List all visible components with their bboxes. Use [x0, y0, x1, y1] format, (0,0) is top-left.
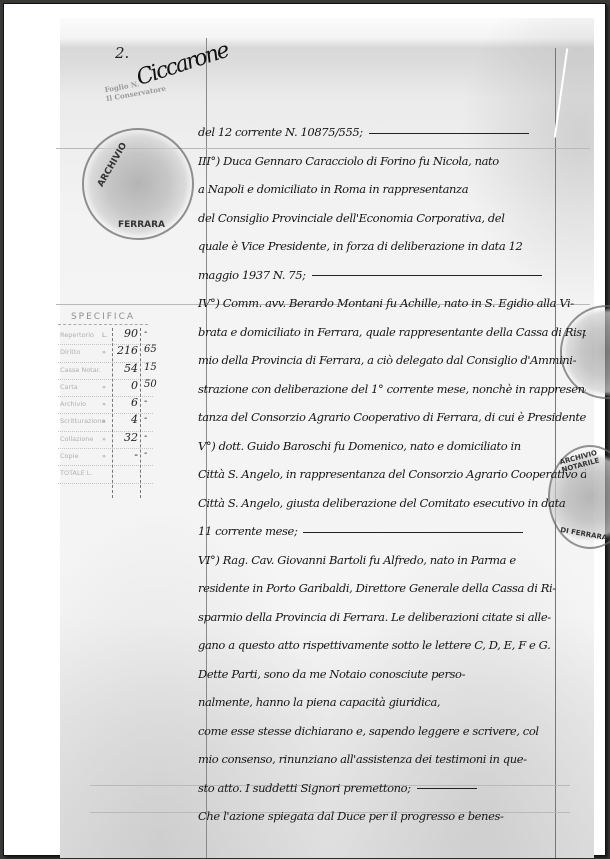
fee-cent: -	[144, 431, 147, 442]
fee-row: Archivio » 6 -	[58, 397, 153, 414]
fee-row: Repertorio L. 90 -	[58, 328, 153, 345]
text-line: brata e domiciliato in Ferrara, quale ra…	[198, 318, 586, 347]
fee-unit: »	[102, 452, 106, 460]
fee-unit: »	[102, 435, 106, 443]
fee-unit: L.	[102, 331, 108, 339]
text-line: 11 corrente mese;	[198, 517, 586, 546]
text-line: mio consenso, rinunziano all'assistenza …	[198, 745, 586, 774]
text-line: Dette Parti, sono da me Notaio conosciut…	[198, 660, 586, 689]
fee-label: Repertorio	[60, 331, 94, 339]
fee-total-row: TOTALE L.	[58, 466, 153, 483]
text-line: VI°) Rag. Cav. Giovanni Bartoli fu Alfre…	[198, 546, 586, 575]
fee-label: Collazione	[60, 435, 93, 443]
fee-label: Carta	[60, 383, 78, 391]
fee-lire: -	[114, 448, 138, 461]
text-line: Che l'azione spiegata dal Duce per il pr…	[198, 802, 586, 831]
text-line: maggio 1937 N. 75;	[198, 261, 586, 290]
text-line: residente in Porto Garibaldi, Direttore …	[198, 574, 586, 603]
fee-unit: »	[102, 400, 106, 408]
page-number: 2.	[115, 44, 129, 62]
line-text: 11 corrente mese;	[198, 524, 297, 538]
specifica-title: SPECIFICA	[58, 312, 148, 325]
text-line: nalmente, hanno la piena capacità giurid…	[198, 688, 586, 717]
text-line: come esse stesse dichiarano e, sapendo l…	[198, 717, 586, 746]
fee-row: Scritturazione » 4 -	[58, 414, 153, 431]
fee-cent: -	[144, 413, 147, 424]
fee-specification-table: SPECIFICA Repertorio L. 90 - Diritto » 2…	[58, 312, 158, 484]
text-line: gano a questo atto rispettivamente sotto…	[198, 631, 586, 660]
fee-label: Archivio	[60, 400, 86, 408]
line-filler	[369, 133, 529, 134]
seal-left-bottom: FERRARA	[118, 220, 165, 230]
fee-row: Carta » 0 50	[58, 380, 153, 397]
text-line: a Napoli e domiciliato in Roma in rappre…	[198, 175, 586, 204]
fee-row: Copie » - -	[58, 449, 153, 466]
fee-row: Diritto » 216 65	[58, 345, 153, 362]
fee-lire: 0	[114, 379, 138, 392]
text-line: V°) dott. Guido Baroschi fu Domenico, na…	[198, 432, 586, 461]
line-filler	[417, 788, 477, 789]
fee-row: Cassa Notar. 54 15	[58, 363, 153, 380]
fee-unit: »	[102, 417, 106, 425]
fee-label: TOTALE L.	[60, 469, 92, 477]
fee-label: Diritto	[60, 348, 80, 356]
fee-label: Cassa Notar.	[60, 366, 101, 374]
fee-cent: -	[144, 396, 147, 407]
line-text: del 12 corrente N. 10875/555;	[198, 125, 363, 139]
fee-lire: 32	[114, 431, 138, 444]
specifica-column-rule	[112, 328, 114, 498]
text-line: quale è Vice Presidente, in forza di del…	[198, 232, 586, 261]
fee-cent: -	[144, 327, 147, 338]
fee-cent: 50	[144, 379, 157, 390]
fee-lire: 90	[114, 327, 138, 340]
fee-lire: 216	[114, 344, 138, 357]
fee-unit: »	[102, 348, 106, 356]
text-line: IV°) Comm. avv. Berardo Montani fu Achil…	[198, 289, 586, 318]
fee-lire: 6	[114, 396, 138, 409]
text-line: strazione con deliberazione del 1° corre…	[198, 375, 586, 404]
fee-lire: 4	[114, 413, 138, 426]
text-line: Città S. Angelo, in rappresentanza del C…	[198, 460, 586, 489]
text-line: del Consiglio Provinciale dell'Economia …	[198, 204, 586, 233]
fee-cent: 65	[144, 344, 157, 355]
specifica-column-rule	[140, 328, 142, 498]
line-filler	[303, 532, 523, 533]
text-line: III°) Duca Gennaro Caracciolo di Forino …	[198, 147, 586, 176]
text-line: tanza del Consorzio Agrario Cooperativo …	[198, 403, 586, 432]
text-line: mio della Provincia di Ferrara, a ciò de…	[198, 346, 586, 375]
line-text: maggio 1937 N. 75;	[198, 268, 306, 282]
text-line: sto atto. I suddetti Signori premettono;	[198, 774, 586, 803]
fee-lire: 54	[114, 362, 138, 375]
text-line: del 12 corrente N. 10875/555;	[198, 118, 586, 147]
fee-cent: -	[144, 448, 147, 459]
fee-unit: »	[102, 383, 106, 391]
handwritten-body: del 12 corrente N. 10875/555; III°) Duca…	[198, 118, 586, 831]
fee-label: Copie	[60, 452, 78, 460]
fee-row: Collazione » 32 -	[58, 432, 153, 449]
text-line: sparmio della Provincia di Ferrara. Le d…	[198, 603, 586, 632]
line-filler	[312, 275, 542, 276]
text-line: Città S. Angelo, giusta deliberazione de…	[198, 489, 586, 518]
line-text: sto atto. I suddetti Signori premettono;	[198, 781, 411, 795]
fee-label: Scritturazione	[60, 417, 105, 425]
fee-cent: 15	[144, 362, 157, 373]
